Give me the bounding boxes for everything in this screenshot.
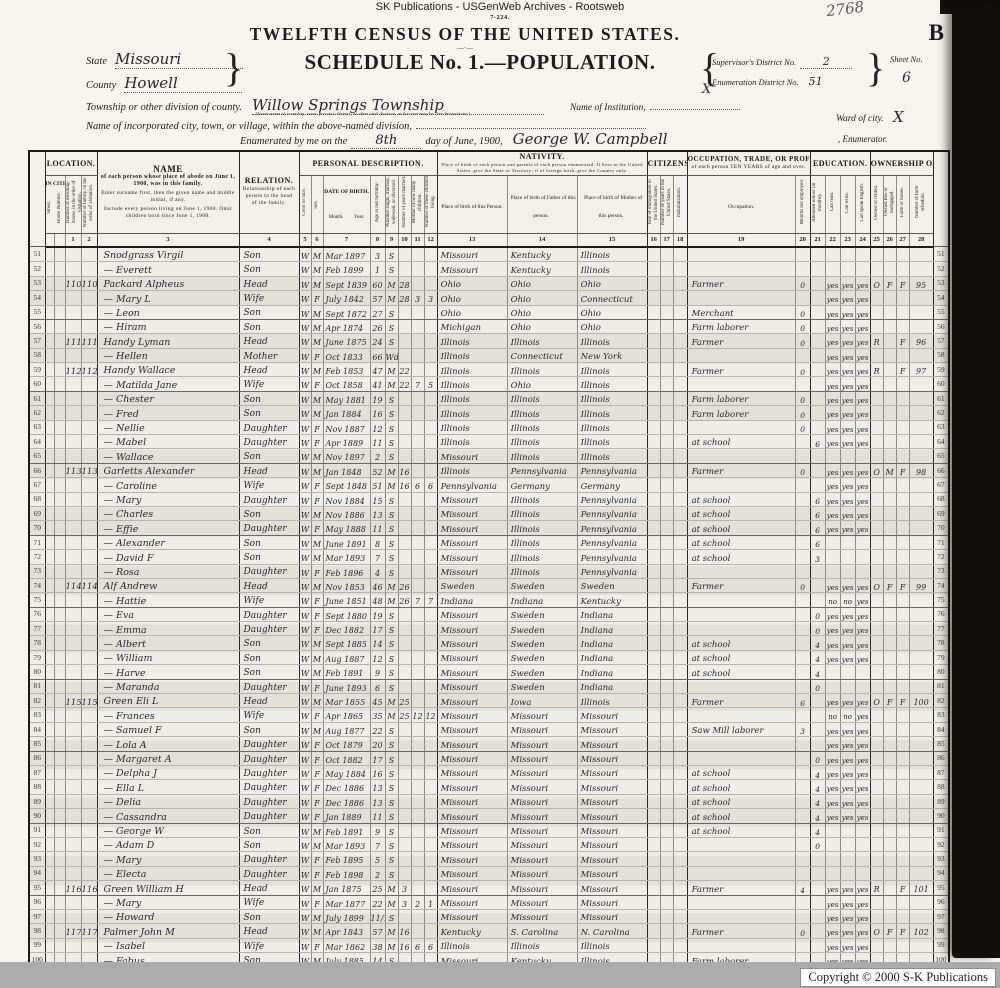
occupation: at school <box>687 794 795 808</box>
years-married <box>398 837 411 851</box>
line-number-right: 98 <box>933 924 949 938</box>
column-number: 19 <box>687 233 795 247</box>
naturalization <box>673 377 687 391</box>
column-number: 6 <box>311 233 323 247</box>
school-months: 4 <box>810 780 825 794</box>
street <box>45 334 54 348</box>
color: W <box>299 636 311 650</box>
years-married <box>398 665 411 679</box>
months-not-employed: 4 <box>795 881 810 895</box>
dwelling-number: 112 <box>65 363 81 377</box>
occupation <box>687 449 795 463</box>
mother-birthplace: Illinois <box>577 363 647 377</box>
family-number <box>81 535 97 549</box>
can-speak-english <box>855 837 870 851</box>
age: 27 <box>370 305 385 319</box>
birthplace: Illinois <box>437 391 507 405</box>
occupation <box>687 564 795 578</box>
dwelling-number <box>65 708 81 722</box>
children-living: 5 <box>424 377 437 391</box>
father-birthplace: Missouri <box>507 852 577 866</box>
family-number <box>81 550 97 564</box>
dwelling-number <box>65 262 81 276</box>
home-free-mortgaged <box>883 478 896 492</box>
dob-month-label: Month. <box>329 215 344 220</box>
family-number <box>81 607 97 621</box>
street <box>45 751 54 765</box>
mother-of-children <box>411 679 424 693</box>
father-birthplace: Missouri <box>507 837 577 851</box>
name: — Howard <box>97 909 239 923</box>
date-of-birth: Sept 1839 <box>323 276 370 290</box>
farm-schedule-no <box>909 406 933 420</box>
dwelling-number <box>65 449 81 463</box>
can-speak-english: yes <box>855 348 870 362</box>
family-number <box>81 449 97 463</box>
line-number: 56 <box>29 319 45 333</box>
can-write: yes <box>840 305 855 319</box>
birthplace: Illinois <box>437 406 507 420</box>
occupation <box>687 866 795 880</box>
house-number <box>54 852 65 866</box>
relation: Son <box>239 636 299 650</box>
family-number <box>81 593 97 607</box>
naturalization <box>673 679 687 693</box>
line-number: 55 <box>29 305 45 319</box>
house-number <box>54 521 65 535</box>
dwelling-number-header: Number of dwelling-house, in the order o… <box>65 175 81 233</box>
group-relation: RELATION. Relationship of each person to… <box>239 151 299 233</box>
can-write: yes <box>840 780 855 794</box>
line-number: 78 <box>29 636 45 650</box>
family-number <box>81 435 97 449</box>
naturalization <box>673 909 687 923</box>
marital-status: S <box>385 809 398 823</box>
sex: M <box>311 363 323 377</box>
can-read: yes <box>825 607 840 621</box>
line-number: 69 <box>29 506 45 520</box>
farm-or-house <box>896 435 909 449</box>
can-speak-english <box>855 852 870 866</box>
table-row: 82115115Green Eli LHeadWMMar 185545M25Mi… <box>29 694 949 708</box>
years-married: 25 <box>398 708 411 722</box>
color: W <box>299 521 311 535</box>
name-desc-3: Include every person living on June 1, 1… <box>98 205 239 221</box>
can-read: yes <box>825 794 840 808</box>
mother-of-children <box>411 521 424 535</box>
farm-schedule-no <box>909 435 933 449</box>
children-living <box>424 737 437 751</box>
home-owned-rented <box>870 636 883 650</box>
mother-of-children <box>411 766 424 780</box>
school-months <box>810 420 825 434</box>
can-read: yes <box>825 751 840 765</box>
name: — Cassandra <box>97 809 239 823</box>
years-in-us <box>660 852 673 866</box>
years-in-us <box>660 276 673 290</box>
mother-birthplace: Missouri <box>577 708 647 722</box>
can-write: yes <box>840 463 855 477</box>
years-in-us <box>660 809 673 823</box>
immigration-year <box>647 924 660 938</box>
table-row: 56— HiramSonWMApr 187426SMichiganOhioOhi… <box>29 319 949 333</box>
house-number <box>54 938 65 952</box>
years-in-us <box>660 478 673 492</box>
naturalization <box>673 391 687 405</box>
years-married: 3 <box>398 881 411 895</box>
years-in-us <box>660 895 673 909</box>
color: W <box>299 247 311 262</box>
years-in-us <box>660 463 673 477</box>
years-married-header: Number of years married. <box>398 175 411 233</box>
can-read <box>825 665 840 679</box>
color: W <box>299 809 311 823</box>
dwelling-number <box>65 622 81 636</box>
column-number <box>54 233 65 247</box>
dwelling-number <box>65 506 81 520</box>
years-in-us <box>660 247 673 262</box>
relation: Head <box>239 276 299 290</box>
age: 6 <box>370 679 385 693</box>
immigration-year <box>647 665 660 679</box>
can-read <box>825 823 840 837</box>
months-not-employed <box>795 521 810 535</box>
date-of-birth: Feb 1891 <box>323 665 370 679</box>
birthplace: Illinois <box>437 420 507 434</box>
color: W <box>299 852 311 866</box>
name: Palmer John M <box>97 924 239 938</box>
months-not-employed <box>795 938 810 952</box>
naturalization <box>673 564 687 578</box>
line-number: 72 <box>29 550 45 564</box>
color: W <box>299 377 311 391</box>
birthplace: Missouri <box>437 262 507 276</box>
relation: Daughter <box>239 737 299 751</box>
street <box>45 607 54 621</box>
marital-status: S <box>385 679 398 693</box>
date-of-birth: May 1884 <box>323 766 370 780</box>
line-number: 67 <box>29 478 45 492</box>
father-birthplace: Sweden <box>507 665 577 679</box>
name: Green William H <box>97 881 239 895</box>
color: W <box>299 895 311 909</box>
farm-or-house <box>896 420 909 434</box>
years-married <box>398 449 411 463</box>
relation: Son <box>239 506 299 520</box>
father-birthplace: Illinois <box>507 564 577 578</box>
birthplace-label: Place of birth of this Person. <box>439 204 504 210</box>
children-living <box>424 650 437 664</box>
county-label: County <box>86 80 116 91</box>
can-speak-english: yes <box>855 305 870 319</box>
farm-schedule-no <box>909 679 933 693</box>
immigration-year <box>647 895 660 909</box>
can-read: yes <box>825 276 840 290</box>
mother-birthplace: Illinois <box>577 406 647 420</box>
family-number <box>81 506 97 520</box>
age: 35 <box>370 708 385 722</box>
date-of-birth: June 1851 <box>323 593 370 607</box>
birthplace: Illinois <box>437 377 507 391</box>
line-number-right: 72 <box>933 550 949 564</box>
relation: Head <box>239 363 299 377</box>
can-write <box>840 449 855 463</box>
mother-birthplace: Missouri <box>577 794 647 808</box>
birthplace: Missouri <box>437 794 507 808</box>
immigration-year <box>647 550 660 564</box>
can-speak-english: yes <box>855 291 870 305</box>
occupation <box>687 751 795 765</box>
relation: Son <box>239 722 299 736</box>
table-row: 73— RosaDaughterWFFeb 18964SMissouriIlli… <box>29 564 949 578</box>
relation: Son <box>239 319 299 333</box>
color: W <box>299 319 311 333</box>
can-write: yes <box>840 435 855 449</box>
farm-or-house <box>896 550 909 564</box>
years-married <box>398 305 411 319</box>
can-speak-english: yes <box>855 319 870 333</box>
relation: Wife <box>239 291 299 305</box>
table-row: 99— IsabelWifeWFMar 186238M1666IllinoisI… <box>29 938 949 952</box>
page-letter: B <box>929 20 944 46</box>
can-write: yes <box>840 420 855 434</box>
mother-birthplace: Missouri <box>577 766 647 780</box>
birthplace: Missouri <box>437 708 507 722</box>
relation: Wife <box>239 938 299 952</box>
farm-or-house <box>896 852 909 866</box>
school-months <box>810 694 825 708</box>
date-of-birth: Mar 1855 <box>323 694 370 708</box>
marital-status: S <box>385 492 398 506</box>
dwelling-number <box>65 794 81 808</box>
occupation <box>687 420 795 434</box>
home-free-mortgaged <box>883 262 896 276</box>
birthplace: Missouri <box>437 506 507 520</box>
home-owned-rented: O <box>870 924 883 938</box>
line-number-right: 59 <box>933 363 949 377</box>
home-free-mortgaged <box>883 938 896 952</box>
marital-status: M <box>385 895 398 909</box>
enumeration-value: 51 <box>809 75 823 88</box>
name: — Alexander <box>97 535 239 549</box>
years-married <box>398 435 411 449</box>
age: 12 <box>370 420 385 434</box>
farm-or-house <box>896 622 909 636</box>
years-married <box>398 622 411 636</box>
home-free-mortgaged <box>883 377 896 391</box>
dwelling-number <box>65 809 81 823</box>
years-married <box>398 348 411 362</box>
marital-status: S <box>385 837 398 851</box>
birthplace: Illinois <box>437 463 507 477</box>
months-not-employed: 0 <box>795 406 810 420</box>
can-read: yes <box>825 435 840 449</box>
years-married <box>398 406 411 420</box>
table-row: 71— AlexanderSonWMJune 18918SMissouriIll… <box>29 535 949 549</box>
house-number <box>54 535 65 549</box>
immigration-year-label: Year of immigration to the United States… <box>648 176 660 228</box>
home-owned-rented: R <box>870 334 883 348</box>
dwelling-number <box>65 319 81 333</box>
street <box>45 550 54 564</box>
years-in-us <box>660 593 673 607</box>
father-birthplace: Illinois <box>507 406 577 420</box>
color: W <box>299 780 311 794</box>
farm-or-house <box>896 607 909 621</box>
line-number-right: 67 <box>933 478 949 492</box>
naturalization <box>673 794 687 808</box>
line-number: 70 <box>29 521 45 535</box>
age: 66 <box>370 348 385 362</box>
column-number: 5 <box>299 233 311 247</box>
can-write: yes <box>840 348 855 362</box>
age: 52 <box>370 463 385 477</box>
street <box>45 924 54 938</box>
immigration-year <box>647 881 660 895</box>
mother-of-children <box>411 391 424 405</box>
mother-of-children <box>411 348 424 362</box>
years-in-us <box>660 377 673 391</box>
can-read <box>825 550 840 564</box>
sheet-label: Sheet No. <box>890 54 923 64</box>
line-number-right: 77 <box>933 622 949 636</box>
years-married <box>398 319 411 333</box>
mother-birthplace: Pennsylvania <box>577 550 647 564</box>
can-speak-english <box>855 550 870 564</box>
years-married: 26 <box>398 578 411 592</box>
naturalization <box>673 435 687 449</box>
years-in-us <box>660 679 673 693</box>
farm-or-house <box>896 751 909 765</box>
name: — Effie <box>97 521 239 535</box>
family-number <box>81 650 97 664</box>
father-birthplace: Illinois <box>507 550 577 564</box>
father-birthplace: Pennsylvania <box>507 463 577 477</box>
farm-house-label: Farm or house. <box>900 187 906 217</box>
mother-birthplace: Illinois <box>577 694 647 708</box>
line-number-right: 90 <box>933 809 949 823</box>
table-row: 58— HellenMotherWFOct 183366WdIllinoisCo… <box>29 348 949 362</box>
farm-or-house <box>896 319 909 333</box>
line-number-right: 69 <box>933 506 949 520</box>
years-married <box>398 737 411 751</box>
can-write <box>840 247 855 262</box>
father-birthplace: Missouri <box>507 766 577 780</box>
naturalization <box>673 262 687 276</box>
street <box>45 449 54 463</box>
mother-of-children <box>411 650 424 664</box>
table-row: 62— FredSonWMJan 188416SIllinoisIllinois… <box>29 406 949 420</box>
family-number <box>81 478 97 492</box>
years-in-us <box>660 780 673 794</box>
months-not-employed <box>795 262 810 276</box>
home-free-mortgaged <box>883 708 896 722</box>
children-living <box>424 909 437 923</box>
naturalization <box>673 751 687 765</box>
date-of-birth: May 1881 <box>323 391 370 405</box>
occupation <box>687 593 795 607</box>
years-in-us <box>660 794 673 808</box>
father-birthplace-label: Place of birth of Father of this person. <box>509 195 576 219</box>
months-not-employed: 0 <box>795 463 810 477</box>
table-row: 77— EmmaDaughterWFDec 188217SMissouriSwe… <box>29 622 949 636</box>
can-write: yes <box>840 521 855 535</box>
can-read: yes <box>825 506 840 520</box>
farm-schedule-no <box>909 593 933 607</box>
farm-schedule-no <box>909 377 933 391</box>
age: 38 <box>370 938 385 952</box>
years-in-us <box>660 348 673 362</box>
date-of-birth: Jan 1884 <box>323 406 370 420</box>
sex: F <box>311 435 323 449</box>
mother-birthplace: Sweden <box>577 578 647 592</box>
father-birthplace: Illinois <box>507 334 577 348</box>
table-row: 85— Lola ADaughterWFOct 187920SMissouriM… <box>29 737 949 751</box>
color: W <box>299 506 311 520</box>
months-not-employed <box>795 564 810 578</box>
father-birthplace: Missouri <box>507 780 577 794</box>
can-speak-english: yes <box>855 708 870 722</box>
date-of-birth: Feb 1891 <box>323 823 370 837</box>
age: 60 <box>370 276 385 290</box>
dwelling-number: 117 <box>65 924 81 938</box>
line-number-right: 85 <box>933 737 949 751</box>
marital-status: S <box>385 262 398 276</box>
home-free-mortgaged <box>883 492 896 506</box>
school-months <box>810 377 825 391</box>
mother-birthplace: Indiana <box>577 679 647 693</box>
children-living <box>424 622 437 636</box>
color: W <box>299 363 311 377</box>
can-read <box>825 247 840 262</box>
name: — Everett <box>97 262 239 276</box>
farm-or-house <box>896 262 909 276</box>
can-read: yes <box>825 377 840 391</box>
table-row: 81— MarandaDaughterWFJune 18936SMissouri… <box>29 679 949 693</box>
home-free-mortgaged <box>883 291 896 305</box>
relation: Daughter <box>239 622 299 636</box>
months-not-employed <box>795 665 810 679</box>
can-speak-english: yes <box>855 722 870 736</box>
sex: M <box>311 837 323 851</box>
farm-or-house <box>896 866 909 880</box>
color: W <box>299 535 311 549</box>
age: 41 <box>370 377 385 391</box>
mother-birthplace: Ohio <box>577 276 647 290</box>
occupation <box>687 607 795 621</box>
immigration-year <box>647 334 660 348</box>
date-of-birth: June 1875 <box>323 334 370 348</box>
home-owned-rented <box>870 406 883 420</box>
line-number-right: 89 <box>933 794 949 808</box>
mother-birthplace: Missouri <box>577 909 647 923</box>
years-in-us <box>660 521 673 535</box>
farm-or-house: F <box>896 363 909 377</box>
dob-year-label: Year. <box>354 215 364 220</box>
can-read: no <box>825 708 840 722</box>
table-row: 59112112Handy WallaceHeadWMFeb 185347M22… <box>29 363 949 377</box>
district-brace-close: } <box>866 48 885 88</box>
years-in-us <box>660 319 673 333</box>
family-number: 117 <box>81 924 97 938</box>
dwelling-number <box>65 909 81 923</box>
name: — Maranda <box>97 679 239 693</box>
line-number-right: 83 <box>933 708 949 722</box>
can-read: yes <box>825 578 840 592</box>
color: W <box>299 550 311 564</box>
line-number-right: 99 <box>933 938 949 952</box>
house-number <box>54 766 65 780</box>
